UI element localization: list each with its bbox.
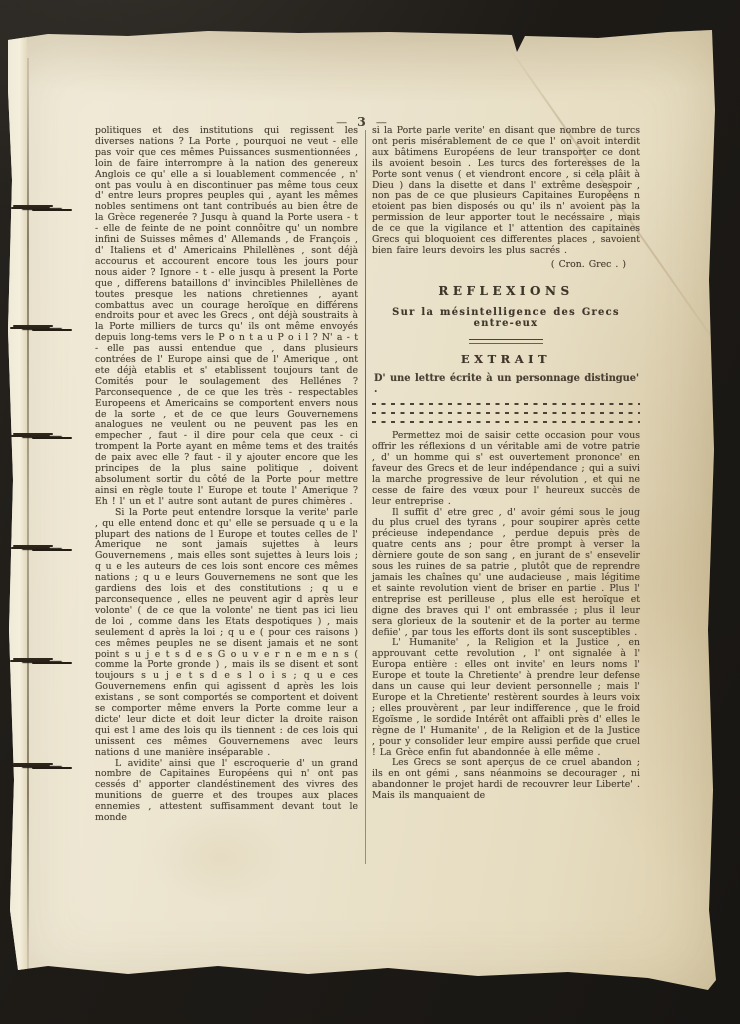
dotted-separator [372, 421, 640, 423]
source-credit: ( Cron. Grec . ) [372, 260, 626, 271]
binding-stitch [10, 545, 50, 551]
binding-stitch [10, 205, 50, 211]
section-title: REFLEXIONS [372, 286, 640, 297]
binding-crease [27, 58, 29, 978]
left-column: politiques et des institutions qui regis… [95, 126, 358, 824]
right-column: si la Porte parle verite' en disant que … [372, 126, 640, 802]
dotted-separator [372, 403, 640, 405]
binding-fold-strip [8, 30, 27, 992]
paragraph: L' Humanite' , la Religion et la Justice… [372, 638, 640, 758]
paragraph: Il suffit d' etre grec , d' avoir gémi s… [372, 508, 640, 639]
extract-source-line: D' une lettre écrite à un personnage dis… [374, 374, 640, 396]
paragraph: Les Grecs se sont aperçus de ce cruel ab… [372, 758, 640, 802]
extract-heading: EXTRAIT [372, 354, 640, 365]
paragraph: politiques et des institutions qui regis… [95, 126, 358, 508]
document-page: —3— politiques et des institutions qui r… [8, 30, 716, 992]
paragraph: L avidite' ainsi que l' escroquerie d' u… [95, 759, 358, 824]
paragraph: si la Porte parle verite' en disant que … [372, 126, 640, 257]
paragraph: Permettez moi de saisir cette occasion p… [372, 431, 640, 507]
column-divider-rule [365, 130, 366, 864]
photo-background: —3— politiques et des institutions qui r… [0, 0, 740, 1024]
section-divider-rule [469, 339, 543, 344]
binding-stitch [10, 433, 50, 439]
binding-stitch [10, 325, 50, 331]
dotted-separator [372, 412, 640, 414]
section-subtitle: Sur la mésintelligence des Grecs entre-e… [372, 308, 640, 330]
paragraph: Si la Porte peut entendre lorsque la ver… [95, 508, 358, 759]
binding-stitch [10, 763, 50, 769]
binding-stitch [10, 658, 50, 664]
